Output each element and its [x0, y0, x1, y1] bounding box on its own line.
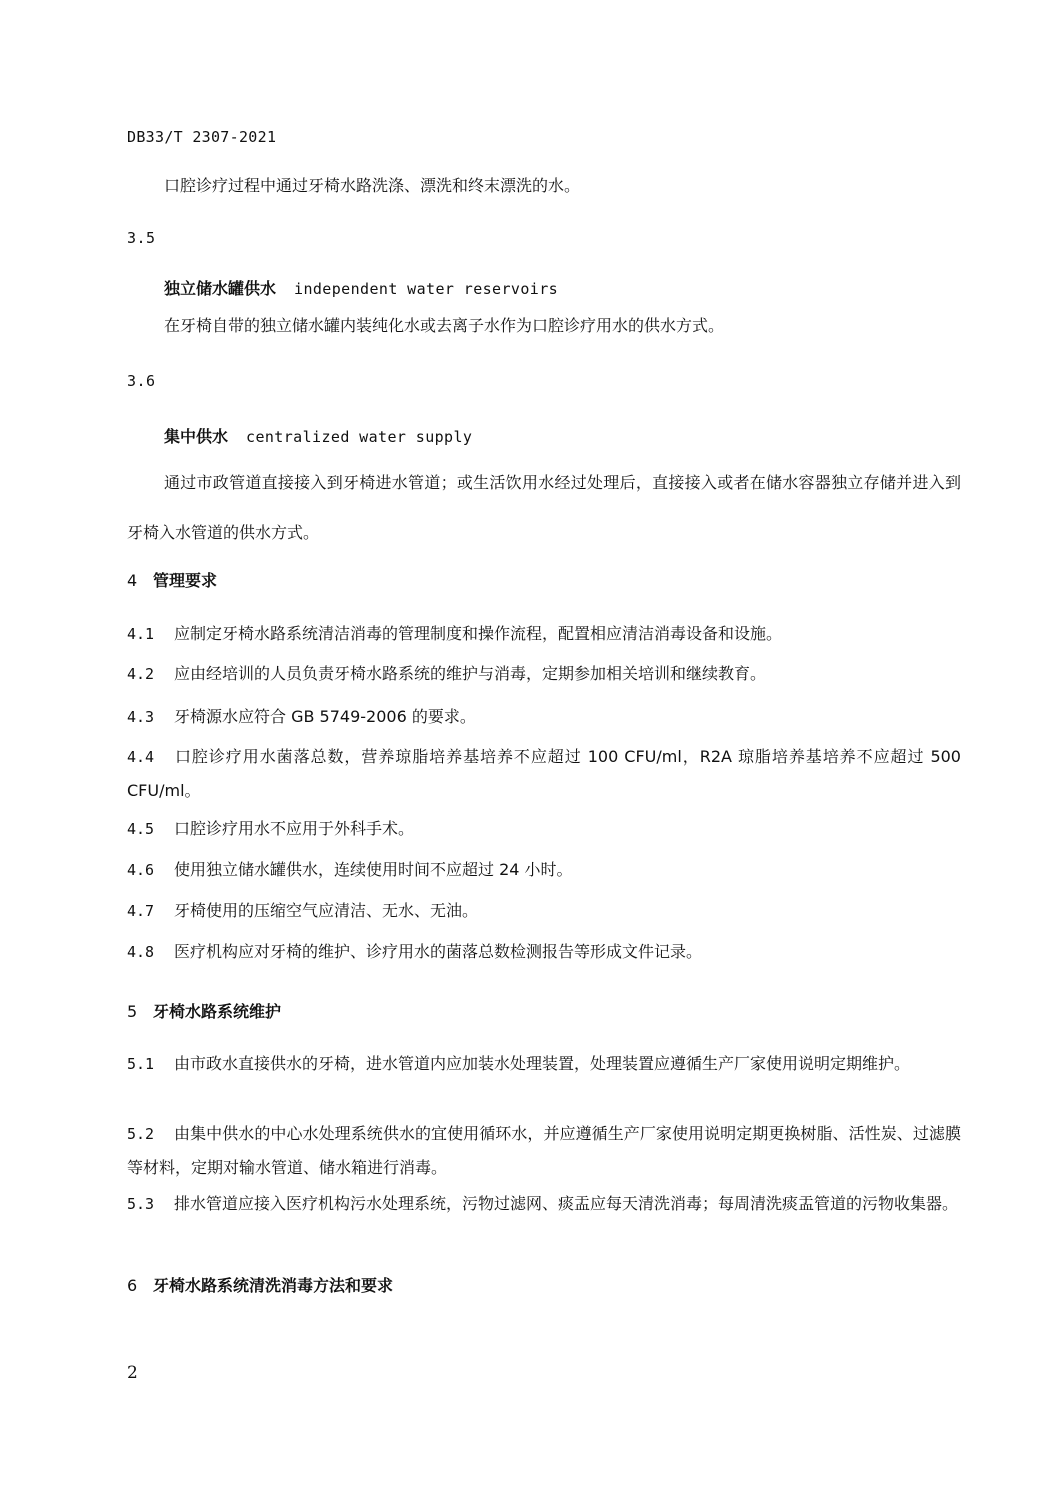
section-title: 牙椅水路系统维护 [153, 1002, 281, 1021]
clause-text: 应由经培训的人员负责牙椅水路系统的维护与消毒，定期参加相关培训和继续教育。 [174, 664, 766, 683]
section-4-heading: 4管理要求 [127, 568, 217, 591]
clause-text: 牙椅使用的压缩空气应清洁、无水、无油。 [174, 901, 478, 920]
section-title: 牙椅水路系统清洗消毒方法和要求 [153, 1276, 393, 1295]
clause-number: 4.4 [127, 741, 174, 774]
section-title: 管理要求 [153, 571, 217, 590]
term-english: independent water reservoirs [294, 280, 558, 298]
section-5-heading: 5牙椅水路系统维护 [127, 999, 281, 1022]
clause-text: 由集中供水的中心水处理系统供水的宜使用循环水，并应遵循生产厂家使用说明定期更换树… [127, 1124, 961, 1177]
clause-4-2: 4.2应由经培训的人员负责牙椅水路系统的维护与消毒，定期参加相关培训和继续教育。 [127, 657, 961, 691]
clause-text: 口腔诊疗用水不应用于外科手术。 [174, 819, 414, 838]
clause-4-6: 4.6使用独立储水罐供水，连续使用时间不应超过 24 小时。 [127, 853, 961, 887]
section-number: 5 [127, 1002, 153, 1021]
clause-number: 4.3 [127, 701, 174, 734]
clause-number: 5.3 [127, 1188, 174, 1221]
clause-number: 4.7 [127, 895, 174, 928]
clause-number: 4.6 [127, 854, 174, 887]
clause-text: 医疗机构应对牙椅的维护、诊疗用水的菌落总数检测报告等形成文件记录。 [174, 942, 702, 961]
clause-4-5: 4.5口腔诊疗用水不应用于外科手术。 [127, 812, 961, 846]
clause-4-7: 4.7牙椅使用的压缩空气应清洁、无水、无油。 [127, 894, 961, 928]
definition-3-4-continuation: 口腔诊疗过程中通过牙椅水路洗涤、漂洗和终末漂洗的水。 [164, 178, 580, 194]
clause-number: 5.1 [127, 1048, 174, 1081]
clause-text: 排水管道应接入医疗机构污水处理系统，污物过滤网、痰盂应每天清洗消毒；每周清洗痰盂… [174, 1194, 958, 1213]
clause-number: 4.2 [127, 658, 174, 691]
definition-text-3-5: 在牙椅自带的独立储水罐内装纯化水或去离子水作为口腔诊疗用水的供水方式。 [164, 318, 724, 334]
clause-number: 4.8 [127, 936, 174, 969]
clause-number: 4.1 [127, 618, 174, 651]
clause-text: 口腔诊疗用水菌落总数，营养琼脂培养基培养不应超过 100 CFU/ml，R2A … [127, 747, 961, 800]
clause-text: 使用独立储水罐供水，连续使用时间不应超过 24 小时。 [174, 860, 573, 879]
clause-text: 由市政水直接供水的牙椅，进水管道内应加装水处理装置，处理装置应遵循生产厂家使用说… [174, 1054, 910, 1073]
clause-4-3: 4.3牙椅源水应符合 GB 5749-2006 的要求。 [127, 700, 961, 734]
clause-4-4: 4.4口腔诊疗用水菌落总数，营养琼脂培养基培养不应超过 100 CFU/ml，R… [127, 740, 961, 807]
definition-term-3-5: 独立储水罐供水independent water reservoirs [164, 276, 558, 299]
clause-5-3: 5.3排水管道应接入医疗机构污水处理系统，污物过滤网、痰盂应每天清洗消毒；每周清… [127, 1187, 961, 1221]
definition-number-3-6: 3.6 [127, 372, 156, 390]
clause-text: 牙椅源水应符合 GB 5749-2006 的要求。 [174, 707, 476, 726]
term-chinese: 集中供水 [164, 427, 228, 446]
clause-number: 5.2 [127, 1118, 174, 1151]
clause-4-8: 4.8医疗机构应对牙椅的维护、诊疗用水的菌落总数检测报告等形成文件记录。 [127, 935, 961, 969]
section-number: 4 [127, 571, 153, 590]
clause-5-2: 5.2由集中供水的中心水处理系统供水的宜使用循环水，并应遵循生产厂家使用说明定期… [127, 1117, 961, 1184]
definition-text-3-6: 通过市政管道直接接入到牙椅进水管道；或生活饮用水经过处理后，直接接入或者在储水容… [127, 458, 961, 558]
clause-number: 4.5 [127, 813, 174, 846]
term-english: centralized water supply [246, 428, 472, 446]
clause-4-1: 4.1应制定牙椅水路系统清洁消毒的管理制度和操作流程，配置相应清洁消毒设备和设施… [127, 617, 961, 651]
clause-5-1: 5.1由市政水直接供水的牙椅，进水管道内应加装水处理装置，处理装置应遵循生产厂家… [127, 1047, 961, 1081]
section-6-heading: 6牙椅水路系统清洗消毒方法和要求 [127, 1273, 393, 1296]
section-number: 6 [127, 1276, 153, 1295]
clause-text: 应制定牙椅水路系统清洁消毒的管理制度和操作流程，配置相应清洁消毒设备和设施。 [174, 624, 782, 643]
standard-code-header: DB33/T 2307-2021 [127, 128, 276, 146]
term-chinese: 独立储水罐供水 [164, 279, 276, 298]
definition-number-3-5: 3.5 [127, 229, 156, 247]
definition-term-3-6: 集中供水centralized water supply [164, 424, 472, 447]
page-number: 2 [127, 1363, 138, 1383]
